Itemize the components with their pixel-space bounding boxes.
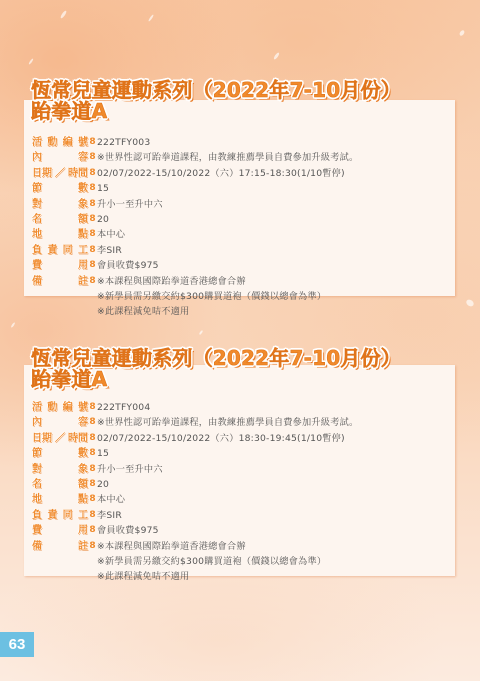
detail-label: 活動編號 [32,135,88,150]
detail-label: 地點 [32,227,88,242]
detail-label-char: 數 [78,181,88,196]
detail-row: 負責同工8李SIR [32,243,358,258]
colon-separator: 8 [88,181,97,196]
program-title-line2: 跆拳道A [31,101,401,122]
page-number: 63 [0,632,34,657]
program-title-line1: 恆常兒童運動系列（2022年7-10月份） [31,348,401,369]
detail-value: 15 [97,446,109,461]
detail-label-char: 費 [32,523,42,538]
detail-row: 地點8本中心 [32,227,358,242]
detail-label: 費用 [32,523,88,538]
colon-separator: 8 [88,166,97,181]
detail-label: 節數 [32,181,88,196]
detail-value: 會員收費$975 [97,523,159,538]
detail-label-char: 註 [78,539,88,554]
background-speck [273,52,280,60]
colon-separator: 8 [88,415,97,430]
detail-value: 升小一至升中六 [97,462,163,477]
detail-label-char: 用 [78,523,88,538]
detail-label-char: 日期 [32,431,52,446]
detail-label-char: 數 [78,446,88,461]
detail-label-char: 負 [32,243,42,258]
colon-separator: 8 [88,523,97,538]
detail-row: 活動編號8222TFY004 [32,400,358,415]
detail-label-char: 號 [78,135,88,150]
detail-row: 名額820 [32,212,358,227]
detail-label-char: 象 [78,197,88,212]
detail-label-char: 對 [32,462,42,477]
detail-label-char: 額 [78,212,88,227]
detail-row: 內容8※世界性認可跆拳道課程，由教練推薦學員自費參加升級考試。 [32,150,358,165]
detail-label: 負責同工 [32,243,88,258]
detail-label-char: 負 [32,508,42,523]
detail-label-char: 號 [78,400,88,415]
detail-label-char: 註 [78,274,88,289]
colon-separator: 8 [88,508,97,523]
detail-label-char: 同 [63,508,73,523]
background-speck [465,298,475,308]
detail-label-char: 名 [32,212,42,227]
program-title-line2: 跆拳道A [31,369,401,390]
detail-label-char: 工 [78,243,88,258]
detail-label-char: 動 [47,400,57,415]
detail-row: 負責同工8李SIR [32,508,358,523]
detail-value: 20 [97,477,109,492]
program-title: 恆常兒童運動系列（2022年7-10月份） 跆拳道A [31,80,401,122]
detail-value: 02/07/2022-15/10/2022（六）17:15-18:30(1/10… [97,166,345,181]
detail-label-char: 編 [63,135,73,150]
background-speck [10,322,15,328]
detail-value: ※本課程與國際跆拳道香港總會合辦 [97,274,246,289]
detail-label-char: 責 [47,243,57,258]
detail-value: 本中心 [97,227,125,242]
colon-separator: 8 [88,492,97,507]
colon-separator: 8 [88,477,97,492]
detail-label: 費用 [32,258,88,273]
detail-label-char: 責 [47,508,57,523]
detail-label-char: 地 [32,492,42,507]
detail-row: 日期／時間802/07/2022-15/10/2022（六）17:15-18:3… [32,166,358,181]
detail-row: 對象8升小一至升中六 [32,197,358,212]
colon-separator: 8 [88,150,97,165]
detail-value: 升小一至升中六 [97,197,163,212]
detail-label: 名額 [32,212,88,227]
detail-label-char: 額 [78,477,88,492]
detail-label-char: 容 [78,150,88,165]
program-title-line1: 恆常兒童運動系列（2022年7-10月份） [31,80,401,101]
detail-value: ※世界性認可跆拳道課程，由教練推薦學員自費參加升級考試。 [97,150,358,165]
remark-line: ※新學員需另繳交約$300購買道袍（價錢以總會為準） [32,554,358,569]
detail-value: 本中心 [97,492,125,507]
detail-label-char: 時間 [68,166,88,181]
background-speck [199,330,204,335]
detail-label: 備註 [32,274,88,289]
detail-label: 內容 [32,415,88,430]
detail-label: 活動編號 [32,400,88,415]
detail-label-char: ／ [55,166,65,181]
detail-label-char: 對 [32,197,42,212]
colon-separator: 8 [88,446,97,461]
detail-label-char: 同 [63,243,73,258]
detail-label-char: 日期 [32,166,52,181]
detail-label: 節數 [32,446,88,461]
colon-separator: 8 [88,400,97,415]
detail-row: 名額820 [32,477,358,492]
background-speck [459,29,466,36]
detail-label: 地點 [32,492,88,507]
detail-value: 15 [97,181,109,196]
remark-line: ※此課程減免咭不適用 [32,569,358,584]
detail-value: ※世界性認可跆拳道課程，由教練推薦學員自費參加升級考試。 [97,415,358,430]
colon-separator: 8 [88,462,97,477]
detail-label-char: 用 [78,258,88,273]
detail-label-char: 節 [32,181,42,196]
detail-label-char: 象 [78,462,88,477]
colon-separator: 8 [88,274,97,289]
detail-label: 負責同工 [32,508,88,523]
detail-label: 備註 [32,539,88,554]
detail-value: 會員收費$975 [97,258,159,273]
detail-label-char: 時間 [68,431,88,446]
detail-label-char: 活 [32,400,42,415]
detail-label: 日期／時間 [32,166,88,181]
detail-label: 日期／時間 [32,431,88,446]
colon-separator: 8 [88,258,97,273]
background-speck [148,14,154,22]
detail-row: 日期／時間802/07/2022-15/10/2022（六）18:30-19:4… [32,431,358,446]
detail-label-char: 備 [32,539,42,554]
detail-label-char: 名 [32,477,42,492]
background-speck [60,10,68,19]
detail-value: 222TFY004 [97,400,150,415]
detail-label: 對象 [32,462,88,477]
detail-label-char: 工 [78,508,88,523]
detail-label-char: 節 [32,446,42,461]
colon-separator: 8 [88,243,97,258]
detail-row: 費用8會員收費$975 [32,258,358,273]
detail-value: 李SIR [97,508,122,523]
detail-row: 地點8本中心 [32,492,358,507]
detail-value: 222TFY003 [97,135,150,150]
detail-label: 對象 [32,197,88,212]
detail-row: 備註8※本課程與國際跆拳道香港總會合辦 [32,539,358,554]
detail-value: 02/07/2022-15/10/2022（六）18:30-19:45(1/10… [97,431,345,446]
program-details: 活動編號8222TFY004內容8※世界性認可跆拳道課程，由教練推薦學員自費參加… [32,400,358,585]
detail-row: 節數815 [32,446,358,461]
detail-label-char: 費 [32,258,42,273]
detail-row: 備註8※本課程與國際跆拳道香港總會合辦 [32,274,358,289]
detail-row: 對象8升小一至升中六 [32,462,358,477]
detail-label-char: 點 [78,492,88,507]
detail-row: 活動編號8222TFY003 [32,135,358,150]
detail-label-char: 地 [32,227,42,242]
detail-label-char: 動 [47,135,57,150]
colon-separator: 8 [88,197,97,212]
program-title: 恆常兒童運動系列（2022年7-10月份） 跆拳道A [31,348,401,390]
detail-row: 費用8會員收費$975 [32,523,358,538]
detail-label-char: 編 [63,400,73,415]
colon-separator: 8 [88,135,97,150]
colon-separator: 8 [88,431,97,446]
detail-label-char: 點 [78,227,88,242]
detail-label-char: 容 [78,415,88,430]
program-details: 活動編號8222TFY003內容8※世界性認可跆拳道課程，由教練推薦學員自費參加… [32,135,358,320]
detail-label: 名額 [32,477,88,492]
colon-separator: 8 [88,212,97,227]
detail-label-char: ／ [55,431,65,446]
detail-value: ※本課程與國際跆拳道香港總會合辦 [97,539,246,554]
detail-label: 內容 [32,150,88,165]
detail-row: 節數815 [32,181,358,196]
colon-separator: 8 [88,539,97,554]
background-speck [28,58,34,65]
colon-separator: 8 [88,227,97,242]
detail-value: 李SIR [97,243,122,258]
detail-label-char: 內 [32,150,42,165]
detail-row: 內容8※世界性認可跆拳道課程，由教練推薦學員自費參加升級考試。 [32,415,358,430]
remark-line: ※此課程減免咭不適用 [32,304,358,319]
remark-line: ※新學員需另繳交約$300購買道袍（價錢以總會為準） [32,289,358,304]
detail-label-char: 活 [32,135,42,150]
detail-label-char: 內 [32,415,42,430]
detail-label-char: 備 [32,274,42,289]
detail-value: 20 [97,212,109,227]
